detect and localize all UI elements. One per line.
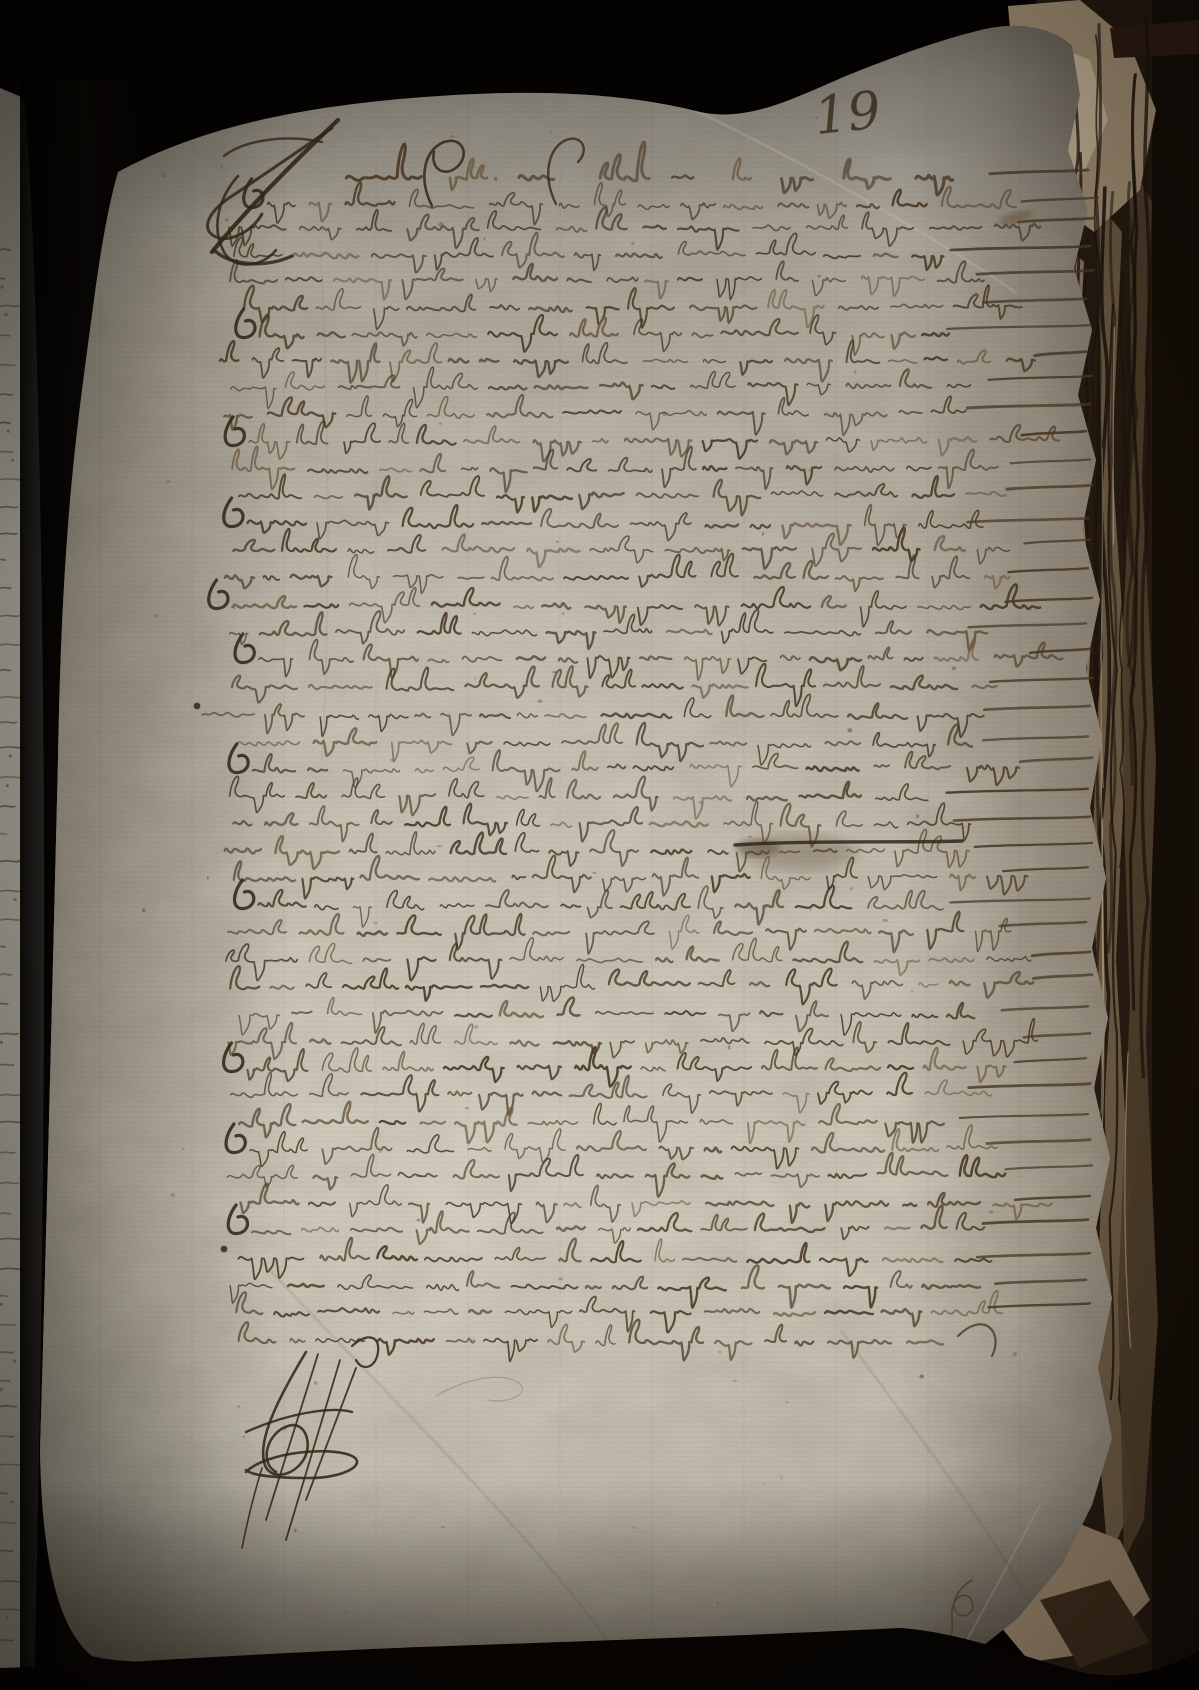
manuscript-photo: 19 bbox=[0, 0, 1199, 1690]
photo-vignette bbox=[0, 0, 1199, 1690]
manuscript-scene: 19 bbox=[0, 0, 1199, 1690]
